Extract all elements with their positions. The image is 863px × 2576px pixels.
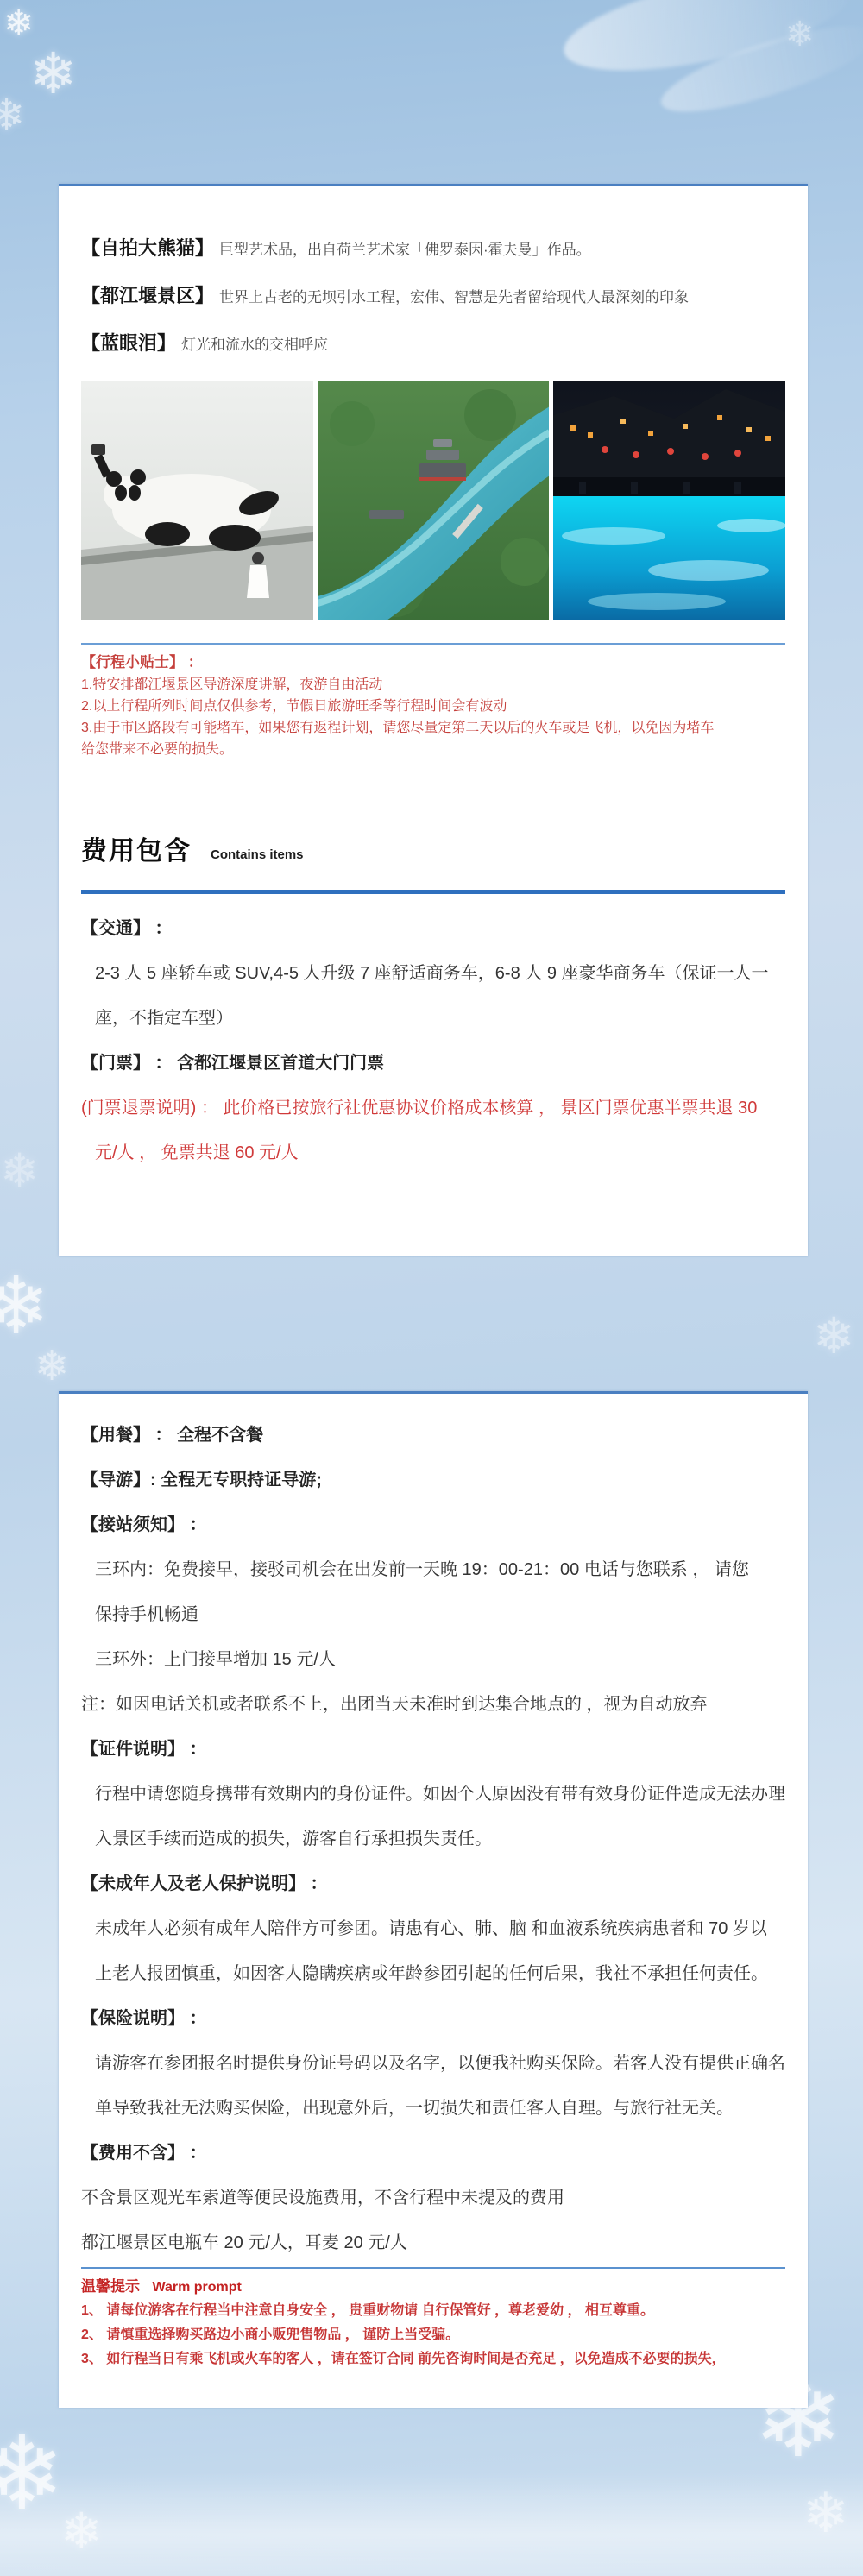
fee-line-refund-note: 元/人 ， 免票共退 60 元/人 <box>81 1143 785 1163</box>
warm-prompt-divider <box>81 2267 785 2269</box>
note-line-id-header: 【证件说明】 ： <box>81 1739 785 1760</box>
tip-line: 给您带来不必要的损失。 <box>81 739 785 760</box>
note-line-pickup-header: 【接站须知】 ： <box>81 1515 785 1535</box>
warm-tip-line: 3、 如行程当日有乘飞机或火车的客人 ，请在签订合同 前先咨询时间是否充足 ，以… <box>81 2347 785 2371</box>
note-line-pickup-inner-ring: 三环内：免费接早，接驳司机会在出发前一天晚 19：00-21：00 电话与您联系… <box>81 1559 785 1580</box>
note-line-id-detail: 入景区手续而造成的损失，游客自行承担损失责任。 <box>81 1829 785 1849</box>
note-line-fee-excluded-header: 【费用不含】 ： <box>81 2143 785 2163</box>
note-line-fee-excluded-detail: 都江堰景区电瓶车 20 元/人，耳麦 20 元/人 <box>81 2233 785 2253</box>
fee-line-ticket: 【门票】 ： 含都江堰景区首道大门门票 <box>81 1053 785 1074</box>
warm-prompt-header: 温馨提示 Warm prompt <box>81 2276 785 2299</box>
snowflake-icon: ❄ <box>0 1267 49 1346</box>
highlight-label: 【自拍大熊猫】 <box>81 237 214 259</box>
fee-included-header: 费用包含 Contains items <box>81 836 785 867</box>
highlight-desc: 灯光和流水的交相呼应 <box>181 337 328 353</box>
note-line-pickup-inner-ring: 保持手机畅通 <box>81 1604 785 1625</box>
photo-panda-selfie-sculpture <box>81 381 313 620</box>
fee-included-title: 费用包含 <box>81 836 192 867</box>
section-divider-line <box>81 643 785 645</box>
note-line-fee-excluded-detail: 不含景区观光车索道等便民设施费用，不含行程中未提及的费用 <box>81 2188 785 2208</box>
fee-header-underline <box>81 890 785 894</box>
tips-title: 【行程小贴士】 ： <box>81 652 785 674</box>
highlight-desc: 世界上古老的无坝引水工程，宏伟、智慧是先者留给现代人最深刻的印象 <box>219 289 689 305</box>
snowflake-icon: ❄ <box>785 17 815 52</box>
warm-tip-line: 1、 请每位游客在行程当中注意自身安全 ， 贵重财物请 自行保管好 ，尊老爱幼 … <box>81 2299 785 2323</box>
snowflake-icon: ❄ <box>0 1148 39 1194</box>
itinerary-highlights-panel: 【自拍大熊猫】巨型艺术品，出自荷兰艺术家「佛罗泰因·霍夫曼」作品。 【都江堰景区… <box>59 184 808 1256</box>
itinerary-tips-block: 【行程小贴士】 ： 1.特安排都江堰景区导游深度讲解，夜游自由活动 2.以上行程… <box>81 652 785 760</box>
highlight-label: 【蓝眼泪】 <box>81 332 176 354</box>
snowflake-icon: ❄ <box>0 93 26 138</box>
fee-line-transport-detail: 座，不指定车型） <box>81 1008 785 1029</box>
wave-decoration <box>0 2472 863 2576</box>
note-line-insurance-detail: 请游客在参团报名时提供身份证号码以及名字，以便我社购买保险。若客人没有提供正确名 <box>81 2053 785 2074</box>
tip-line: 3.由于市区路段有可能堵车，如果您有返程计划，请您尽量定第二天以后的火车或是飞机… <box>81 717 785 739</box>
note-line-meals: 【用餐】 ： 全程不含餐 <box>81 1425 785 1445</box>
fee-line-transport-label: 【交通】 ： <box>81 918 785 939</box>
fee-line-transport-detail: 2-3 人 5 座轿车或 SUV,4-5 人升级 7 座舒适商务车，6-8 人 … <box>81 963 785 984</box>
booking-notes-panel: 【用餐】 ： 全程不含餐 【导游】: 全程无专职持证导游; 【接站须知】 ： 三… <box>59 1391 808 2408</box>
snowflake-icon: ❄ <box>813 1312 855 1362</box>
warm-tip-line: 2、 请慎重选择购买路边小商小贩兜售物品 ， 谨防上当受骗。 <box>81 2323 785 2347</box>
tip-line: 1.特安排都江堰景区导游深度讲解，夜游自由活动 <box>81 674 785 696</box>
snowflake-icon: ❄ <box>3 5 34 41</box>
highlight-item: 【都江堰景区】世界上古老的无坝引水工程，宏伟、智慧是先者留给现代人最深刻的印象 <box>81 283 785 312</box>
note-line-pickup-outer-ring: 三环外：上门接早增加 15 元/人 <box>81 1649 785 1670</box>
note-line-minor-elder-detail: 未成年人必须有成年人陪伴方可参团。请患有心、肺、脑 和血液系统疾病患者和 70 … <box>81 1918 785 1939</box>
note-line-minor-elder-header: 【未成年人及老人保护说明】 ： <box>81 1874 785 1894</box>
note-line-insurance-header: 【保险说明】 ： <box>81 2008 785 2029</box>
fee-included-subtitle: Contains items <box>211 847 304 867</box>
warm-prompt-title-cn: 温馨提示 <box>81 2278 140 2295</box>
photo-row <box>81 381 785 620</box>
warm-prompt-title-en: Warm prompt <box>152 2280 241 2295</box>
note-line-guide: 【导游】: 全程无专职持证导游; <box>81 1470 785 1490</box>
highlight-label: 【都江堰景区】 <box>81 285 214 306</box>
snowflake-icon: ❄ <box>35 1346 69 1388</box>
photo-blue-tears-night-scene <box>553 381 785 620</box>
highlight-item: 【自拍大熊猫】巨型艺术品，出自荷兰艺术家「佛罗泰因·霍夫曼」作品。 <box>81 236 785 264</box>
note-line-id-detail: 行程中请您随身携带有效期内的身份证件。如因个人原因没有带有效身份证件造成无法办理 <box>81 1784 785 1804</box>
note-line-no-show-warning: 注：如因电话关机或者联系不上，出团当天未准时到达集合地点的 ，视为自动放弃 <box>81 1694 785 1715</box>
snowflake-icon: ❄ <box>29 45 77 102</box>
photo-dujiangyan-aerial-view <box>318 381 550 620</box>
note-line-minor-elder-detail: 上老人报团慎重，如因客人隐瞒疾病或年龄参团引起的任何后果，我社不承担任何责任。 <box>81 1963 785 1984</box>
highlight-desc: 巨型艺术品，出自荷兰艺术家「佛罗泰因·霍夫曼」作品。 <box>219 242 591 258</box>
fee-line-refund-note: (门票退票说明) ： 此价格已按旅行社优惠协议价格成本核算 ， 景区门票优惠半票… <box>81 1098 785 1118</box>
tip-line: 2.以上行程所列时间点仅供参考，节假日旅游旺季等行程时间会有波动 <box>81 696 785 717</box>
note-line-insurance-detail: 单导致我社无法购买保险，出现意外后，一切损失和责任客人自理。与旅行社无关。 <box>81 2098 785 2119</box>
highlight-item: 【蓝眼泪】灯光和流水的交相呼应 <box>81 331 785 359</box>
